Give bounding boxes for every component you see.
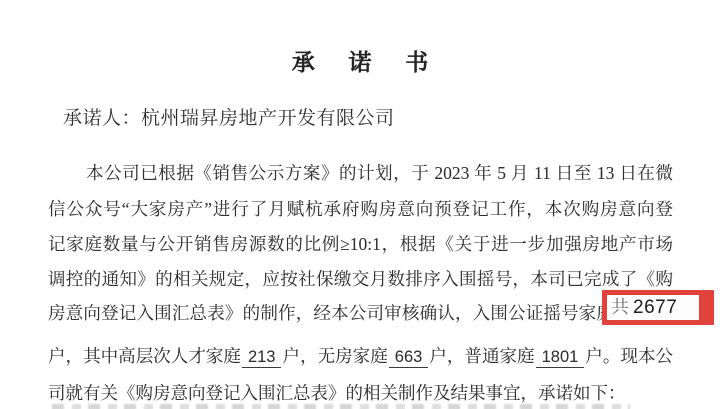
line6-segment-4: 户。现本公 [585,346,673,366]
paragraph-line-7: 司就有关《购房意向登记入围汇总表》的相关制作及结果事宜，承诺如下： [48,382,673,404]
line6-segment-1: 户，其中高层次人才家庭 [48,346,241,366]
highlight-prefix-char: 共 [611,297,629,317]
line6-segment-2: 户，无房家庭 [282,346,387,366]
paragraph-line-3: 记家庭数量与公开销售房源数的比例≥10:1，根据《关于进一步加强房地产市场 [48,233,673,255]
no-house-family-count: 663 [389,347,429,368]
cutoff-next-line-remnant [52,404,630,409]
ordinary-family-count: 1801 [536,347,585,368]
paragraph-line-5: 房意向登记入围汇总表》的制作，经本公司审核确认，入围公证摇号家庭 [48,302,614,324]
document-title: 承 诺 书 [0,44,720,77]
paragraph-line-2: 信公众号“大家房产”进行了月赋杭承府购房意向预登记工作，本次购房意向登 [48,198,673,220]
talent-family-count: 213 [242,347,282,368]
red-highlight-annotation-box: 共2677 [602,290,714,325]
screenshot-root: { "document": { "title": "承 诺 书", "promi… [0,0,720,409]
paragraph-line-1: 本公司已根据《销售公示方案》的计划，于 2023 年 5 月 11 日至 13 … [48,162,673,184]
promisor-line: 承诺人：杭州瑞昇房地产开发有限公司 [63,103,395,130]
paragraph-line-6: 户，其中高层次人才家庭213户，无房家庭663户，普通家庭1801户。现本公 [48,345,673,368]
scanned-document-page: 承 诺 书 承诺人：杭州瑞昇房地产开发有限公司 本公司已根据《销售公示方案》的计… [0,0,720,409]
line6-segment-3: 户，普通家庭 [429,346,534,366]
highlight-total-number: 2677 [633,297,677,318]
highlighted-total-count-label: 共2677 [607,295,699,320]
paragraph-line-4: 调控的通知》的相关规定，应按社保缴交月数排序入围摇号，本司已完成了《购 [48,268,673,290]
